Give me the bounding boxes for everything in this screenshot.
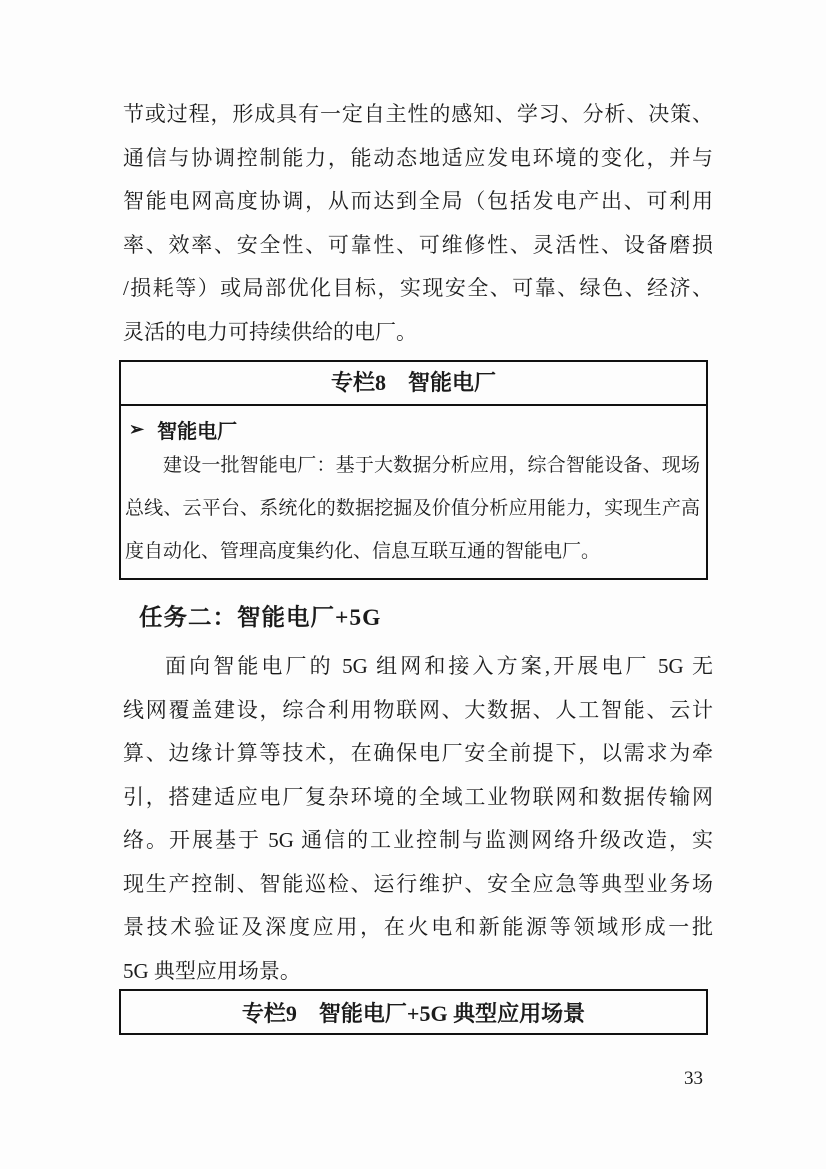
task-paragraph-line: 引，搭建适应电厂复杂环境的全域工业物联网和数据传输网	[123, 776, 713, 820]
task-paragraph: 面向智能电厂的 5G 组网和接入方案,开展电厂 5G 无 线网覆盖建设，综合利用…	[123, 645, 713, 993]
intro-paragraph-line: 灵活的电力可持续供给的电厂。	[123, 311, 713, 355]
task-paragraph-line: 络。开展基于 5G 通信的工业控制与监测网络升级改造，实	[123, 819, 713, 863]
panel-bullet-label: 智能电厂	[157, 415, 237, 444]
panel-column-8-title: 专栏8 智能电厂	[121, 362, 706, 406]
page-number: 33	[684, 1068, 703, 1090]
panel-column-9-title: 专栏9 智能电厂+5G 典型应用场景	[242, 997, 585, 1028]
panel-text-line: 度自动化、管理高度集约化、信息互联互通的智能电厂。	[125, 530, 700, 573]
task-heading: 任务二：智能电厂+5G	[139, 598, 381, 632]
panel-column-9: 专栏9 智能电厂+5G 典型应用场景	[119, 989, 708, 1035]
task-paragraph-line: 现生产控制、智能巡检、运行维护、安全应急等典型业务场	[123, 863, 713, 907]
task-paragraph-line: 景技术验证及深度应用，在火电和新能源等领域形成一批	[123, 906, 713, 950]
panel-column-8-body: ➢ 智能电厂 建设一批智能电厂：基于大数据分析应用，综合智能设备、现场 总线、云…	[121, 406, 706, 578]
task-paragraph-line: 算、边缘计算等技术，在确保电厂安全前提下，以需求为牵	[123, 732, 713, 776]
arrow-bullet-icon: ➢	[129, 419, 144, 440]
intro-paragraph: 节或过程，形成具有一定自主性的感知、学习、分析、决策、 通信与协调控制能力，能动…	[123, 93, 713, 354]
intro-paragraph-line: 通信与协调控制能力，能动态地适应发电环境的变化，并与	[123, 137, 713, 181]
task-paragraph-line: 5G 典型应用场景。	[123, 950, 713, 994]
panel-text-line: 建设一批智能电厂：基于大数据分析应用，综合智能设备、现场	[125, 444, 700, 487]
task-paragraph-line: 线网覆盖建设，综合利用物联网、大数据、人工智能、云计	[123, 689, 713, 733]
intro-paragraph-line: 节或过程，形成具有一定自主性的感知、学习、分析、决策、	[123, 93, 713, 137]
task-paragraph-line: 面向智能电厂的 5G 组网和接入方案,开展电厂 5G 无	[123, 645, 713, 689]
panel-text-line: 总线、云平台、系统化的数据挖掘及价值分析应用能力，实现生产高	[125, 487, 700, 530]
panel-bullet-heading: ➢ 智能电厂	[125, 414, 700, 444]
intro-paragraph-line: 率、效率、安全性、可靠性、可维修性、灵活性、设备磨损	[123, 224, 713, 268]
panel-column-8-text: 建设一批智能电厂：基于大数据分析应用，综合智能设备、现场 总线、云平台、系统化的…	[125, 444, 700, 573]
intro-paragraph-line: /损耗等）或局部优化目标，实现安全、可靠、绿色、经济、	[123, 267, 713, 311]
document-page: 节或过程，形成具有一定自主性的感知、学习、分析、决策、 通信与协调控制能力，能动…	[0, 0, 826, 1169]
panel-column-8: 专栏8 智能电厂 ➢ 智能电厂 建设一批智能电厂：基于大数据分析应用，综合智能设…	[119, 360, 708, 580]
intro-paragraph-line: 智能电网高度协调，从而达到全局（包括发电产出、可利用	[123, 180, 713, 224]
